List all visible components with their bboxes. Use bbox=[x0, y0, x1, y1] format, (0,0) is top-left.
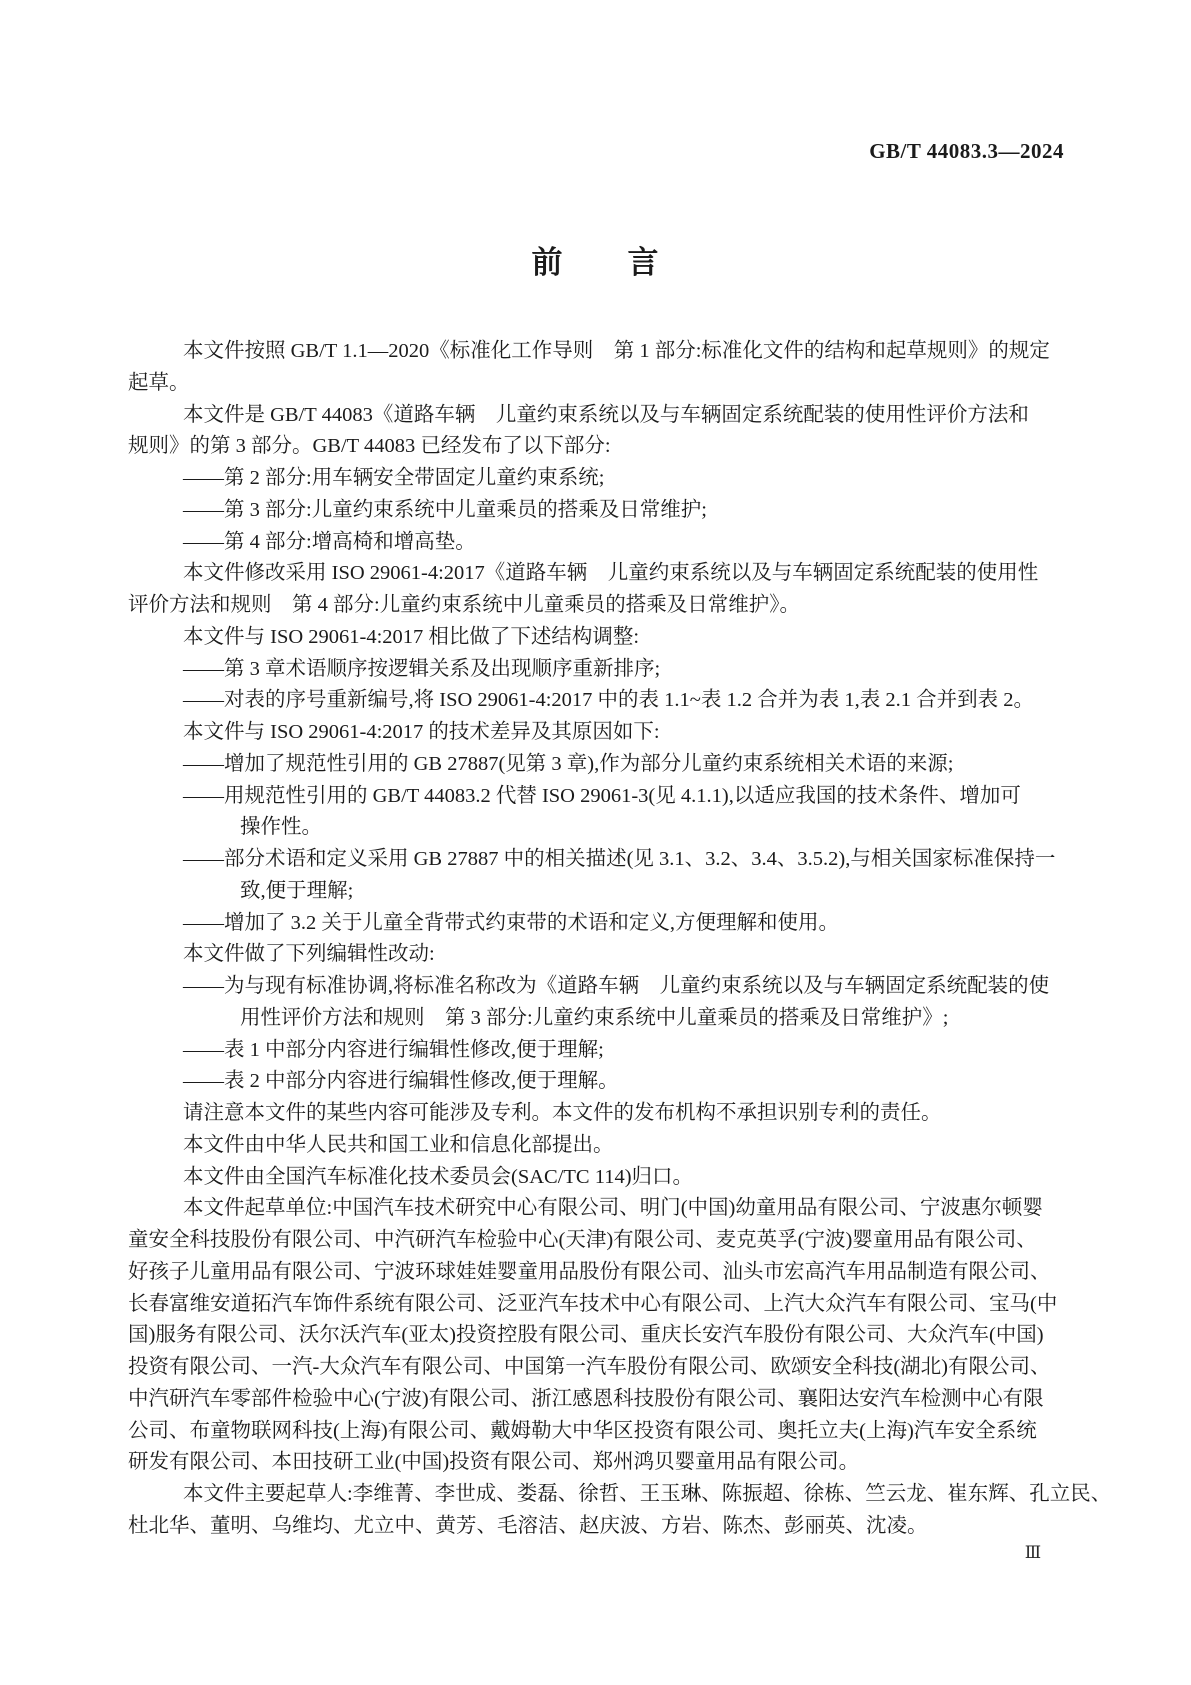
body-line: 用性评价方法和规则 第 3 部分:儿童约束系统中儿童乘员的搭乘及日常维护》; bbox=[128, 1003, 1065, 1035]
body-line: ——用规范性引用的 GB/T 44083.2 代替 ISO 29061-3(见 … bbox=[128, 781, 1065, 813]
page-number: Ⅲ bbox=[1010, 1543, 1056, 1563]
body-line: 童安全科技股份有限公司、中汽研汽车检验中心(天津)有限公司、麦克英孚(宁波)婴童… bbox=[128, 1225, 1065, 1257]
page-title: 前 言 bbox=[0, 237, 1191, 282]
body-line: ——表 2 中部分内容进行编辑性修改,便于理解。 bbox=[128, 1066, 1065, 1098]
body-line: ——第 3 部分:儿童约束系统中儿童乘员的搭乘及日常维护; bbox=[128, 495, 1065, 527]
body-line: ——对表的序号重新编号,将 ISO 29061-4:2017 中的表 1.1~表… bbox=[128, 685, 1065, 717]
body-line: 投资有限公司、一汽-大众汽车有限公司、中国第一汽车股份有限公司、欧颂安全科技(湖… bbox=[128, 1352, 1065, 1384]
body-line: 公司、布童物联网科技(上海)有限公司、戴姆勒大中华区投资有限公司、奥托立夫(上海… bbox=[128, 1416, 1065, 1448]
body-line: 长春富维安道拓汽车饰件系统有限公司、泛亚汽车技术中心有限公司、上汽大众汽车有限公… bbox=[128, 1289, 1065, 1321]
body-line: 评价方法和规则 第 4 部分:儿童约束系统中儿童乘员的搭乘及日常维护》。 bbox=[128, 590, 1065, 622]
body-line: 致,便于理解; bbox=[128, 876, 1065, 908]
body-line: 本文件由中华人民共和国工业和信息化部提出。 bbox=[128, 1130, 1065, 1162]
body-line: 本文件做了下列编辑性改动: bbox=[128, 939, 1065, 971]
body-line: 国)服务有限公司、沃尔沃汽车(亚太)投资控股有限公司、重庆长安汽车股份有限公司、… bbox=[128, 1320, 1065, 1352]
body-line: ——表 1 中部分内容进行编辑性修改,便于理解; bbox=[128, 1035, 1065, 1067]
body-line: 本文件主要起草人:李维菁、李世成、娄磊、徐哲、王玉琳、陈振超、徐栋、竺云龙、崔东… bbox=[128, 1479, 1065, 1511]
body-line: 规则》的第 3 部分。GB/T 44083 已经发布了以下部分: bbox=[128, 431, 1065, 463]
body-line: ——增加了规范性引用的 GB 27887(见第 3 章),作为部分儿童约束系统相… bbox=[128, 749, 1065, 781]
body-line: 起草。 bbox=[128, 368, 1065, 400]
body-line: ——增加了 3.2 关于儿童全背带式约束带的术语和定义,方便理解和使用。 bbox=[128, 908, 1065, 940]
foreword-body: 本文件按照 GB/T 1.1—2020《标准化工作导则 第 1 部分:标准化文件… bbox=[128, 336, 1065, 1543]
document-page: { "header": { "doc_code": "GB/T 44083.3—… bbox=[0, 0, 1191, 1685]
standard-number: GB/T 44083.3—2024 bbox=[869, 139, 1064, 164]
body-line: 杜北华、董明、乌维均、尤立中、黄芳、毛溶洁、赵庆波、方岩、陈杰、彭丽英、沈凌。 bbox=[128, 1511, 1065, 1543]
body-line: 本文件起草单位:中国汽车技术研究中心有限公司、明门(中国)幼童用品有限公司、宁波… bbox=[128, 1193, 1065, 1225]
body-line: ——为与现有标准协调,将标准名称改为《道路车辆 儿童约束系统以及与车辆固定系统配… bbox=[128, 971, 1065, 1003]
body-line: 本文件与 ISO 29061-4:2017 的技术差异及其原因如下: bbox=[128, 717, 1065, 749]
body-line: 好孩子儿童用品有限公司、宁波环球娃娃婴童用品股份有限公司、汕头市宏高汽车用品制造… bbox=[128, 1257, 1065, 1289]
body-line: ——第 3 章术语顺序按逻辑关系及出现顺序重新排序; bbox=[128, 654, 1065, 686]
body-line: 本文件是 GB/T 44083《道路车辆 儿童约束系统以及与车辆固定系统配装的使… bbox=[128, 400, 1065, 432]
body-line: ——部分术语和定义采用 GB 27887 中的相关描述(见 3.1、3.2、3.… bbox=[128, 844, 1065, 876]
body-line: ——第 4 部分:增高椅和增高垫。 bbox=[128, 527, 1065, 559]
body-line: 本文件由全国汽车标准化技术委员会(SAC/TC 114)归口。 bbox=[128, 1162, 1065, 1194]
body-line: 本文件与 ISO 29061-4:2017 相比做了下述结构调整: bbox=[128, 622, 1065, 654]
body-line: 研发有限公司、本田技研工业(中国)投资有限公司、郑州鸿贝婴童用品有限公司。 bbox=[128, 1447, 1065, 1479]
body-line: 操作性。 bbox=[128, 812, 1065, 844]
body-line: 本文件按照 GB/T 1.1—2020《标准化工作导则 第 1 部分:标准化文件… bbox=[128, 336, 1065, 368]
body-line: ——第 2 部分:用车辆安全带固定儿童约束系统; bbox=[128, 463, 1065, 495]
body-line: 请注意本文件的某些内容可能涉及专利。本文件的发布机构不承担识别专利的责任。 bbox=[128, 1098, 1065, 1130]
body-line: 中汽研汽车零部件检验中心(宁波)有限公司、浙江感恩科技股份有限公司、襄阳达安汽车… bbox=[128, 1384, 1065, 1416]
body-line: 本文件修改采用 ISO 29061-4:2017《道路车辆 儿童约束系统以及与车… bbox=[128, 558, 1065, 590]
